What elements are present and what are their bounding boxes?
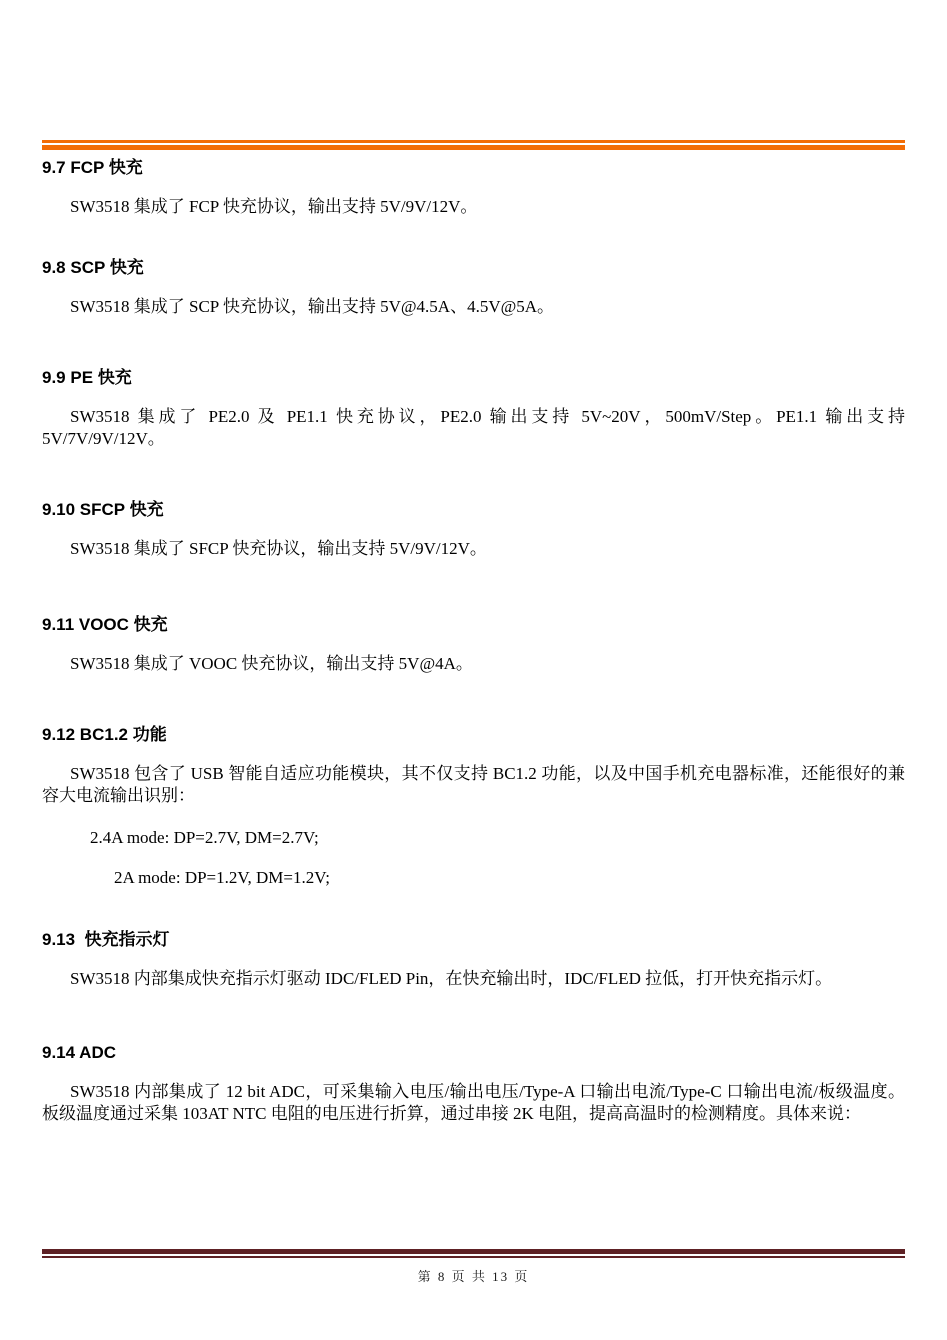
section-body: SW3518 集成了 PE2.0 及 PE1.1 快充协议，PE2.0 输出支持… (42, 406, 905, 450)
section-scp: 9.8 SCP 快充 SW3518 集成了 SCP 快充协议，输出支持 5V@4… (42, 258, 905, 318)
section-adc: 9.14 ADC SW3518 内部集成了 12 bit ADC，可采集输入电压… (42, 1043, 905, 1125)
section-body: SW3518 内部集成了 12 bit ADC，可采集输入电压/输出电压/Typ… (42, 1081, 905, 1125)
section-title: 9.12 BC1.2 功能 (42, 725, 905, 745)
section-body: SW3518 内部集成快充指示灯驱动 IDC/FLED Pin，在快充输出时，I… (42, 968, 905, 990)
footer-divider (42, 1249, 905, 1258)
section-body: SW3518 包含了 USB 智能自适应功能模块，其不仅支持 BC1.2 功能，… (42, 763, 905, 807)
section-title: 9.9 PE 快充 (42, 368, 905, 388)
section-title: 9.14 ADC (42, 1043, 905, 1063)
section-title: 9.7 FCP 快充 (42, 158, 905, 178)
section-body: SW3518 集成了 SCP 快充协议，输出支持 5V@4.5A、4.5V@5A… (42, 296, 905, 318)
bc12-mode-line-2a: 2A mode: DP=1.2V, DM=1.2V; (42, 867, 905, 889)
footer-divider-thin-line (42, 1256, 905, 1258)
section-title: 9.10 SFCP 快充 (42, 500, 905, 520)
page-content: 9.7 FCP 快充 SW3518 集成了 FCP 快充协议，输出支持 5V/9… (42, 150, 905, 1125)
section-fast-charge-led: 9.13 快充指示灯 SW3518 内部集成快充指示灯驱动 IDC/FLED P… (42, 930, 905, 990)
document-page: 9.7 FCP 快充 SW3518 集成了 FCP 快充协议，输出支持 5V/9… (0, 0, 947, 1340)
section-body: SW3518 集成了 SFCP 快充协议，输出支持 5V/9V/12V。 (42, 538, 905, 560)
section-title: 9.13 快充指示灯 (42, 930, 905, 950)
section-bc12: 9.12 BC1.2 功能 SW3518 包含了 USB 智能自适应功能模块，其… (42, 725, 905, 889)
section-title: 9.11 VOOC 快充 (42, 615, 905, 635)
section-sfcp: 9.10 SFCP 快充 SW3518 集成了 SFCP 快充协议，输出支持 5… (42, 500, 905, 560)
section-body: SW3518 集成了 FCP 快充协议，输出支持 5V/9V/12V。 (42, 196, 905, 218)
section-title: 9.8 SCP 快充 (42, 258, 905, 278)
section-body: SW3518 集成了 VOOC 快充协议，输出支持 5V@4A。 (42, 653, 905, 675)
section-pe: 9.9 PE 快充 SW3518 集成了 PE2.0 及 PE1.1 快充协议，… (42, 368, 905, 450)
section-fcp: 9.7 FCP 快充 SW3518 集成了 FCP 快充协议，输出支持 5V/9… (42, 158, 905, 218)
section-vooc: 9.11 VOOC 快充 SW3518 集成了 VOOC 快充协议，输出支持 5… (42, 615, 905, 675)
footer-page-number: 第 8 页 共 13 页 (42, 1266, 905, 1285)
top-divider (42, 140, 905, 150)
bc12-mode-line-2p4a: 2.4A mode: DP=2.7V, DM=2.7V; (42, 827, 905, 849)
